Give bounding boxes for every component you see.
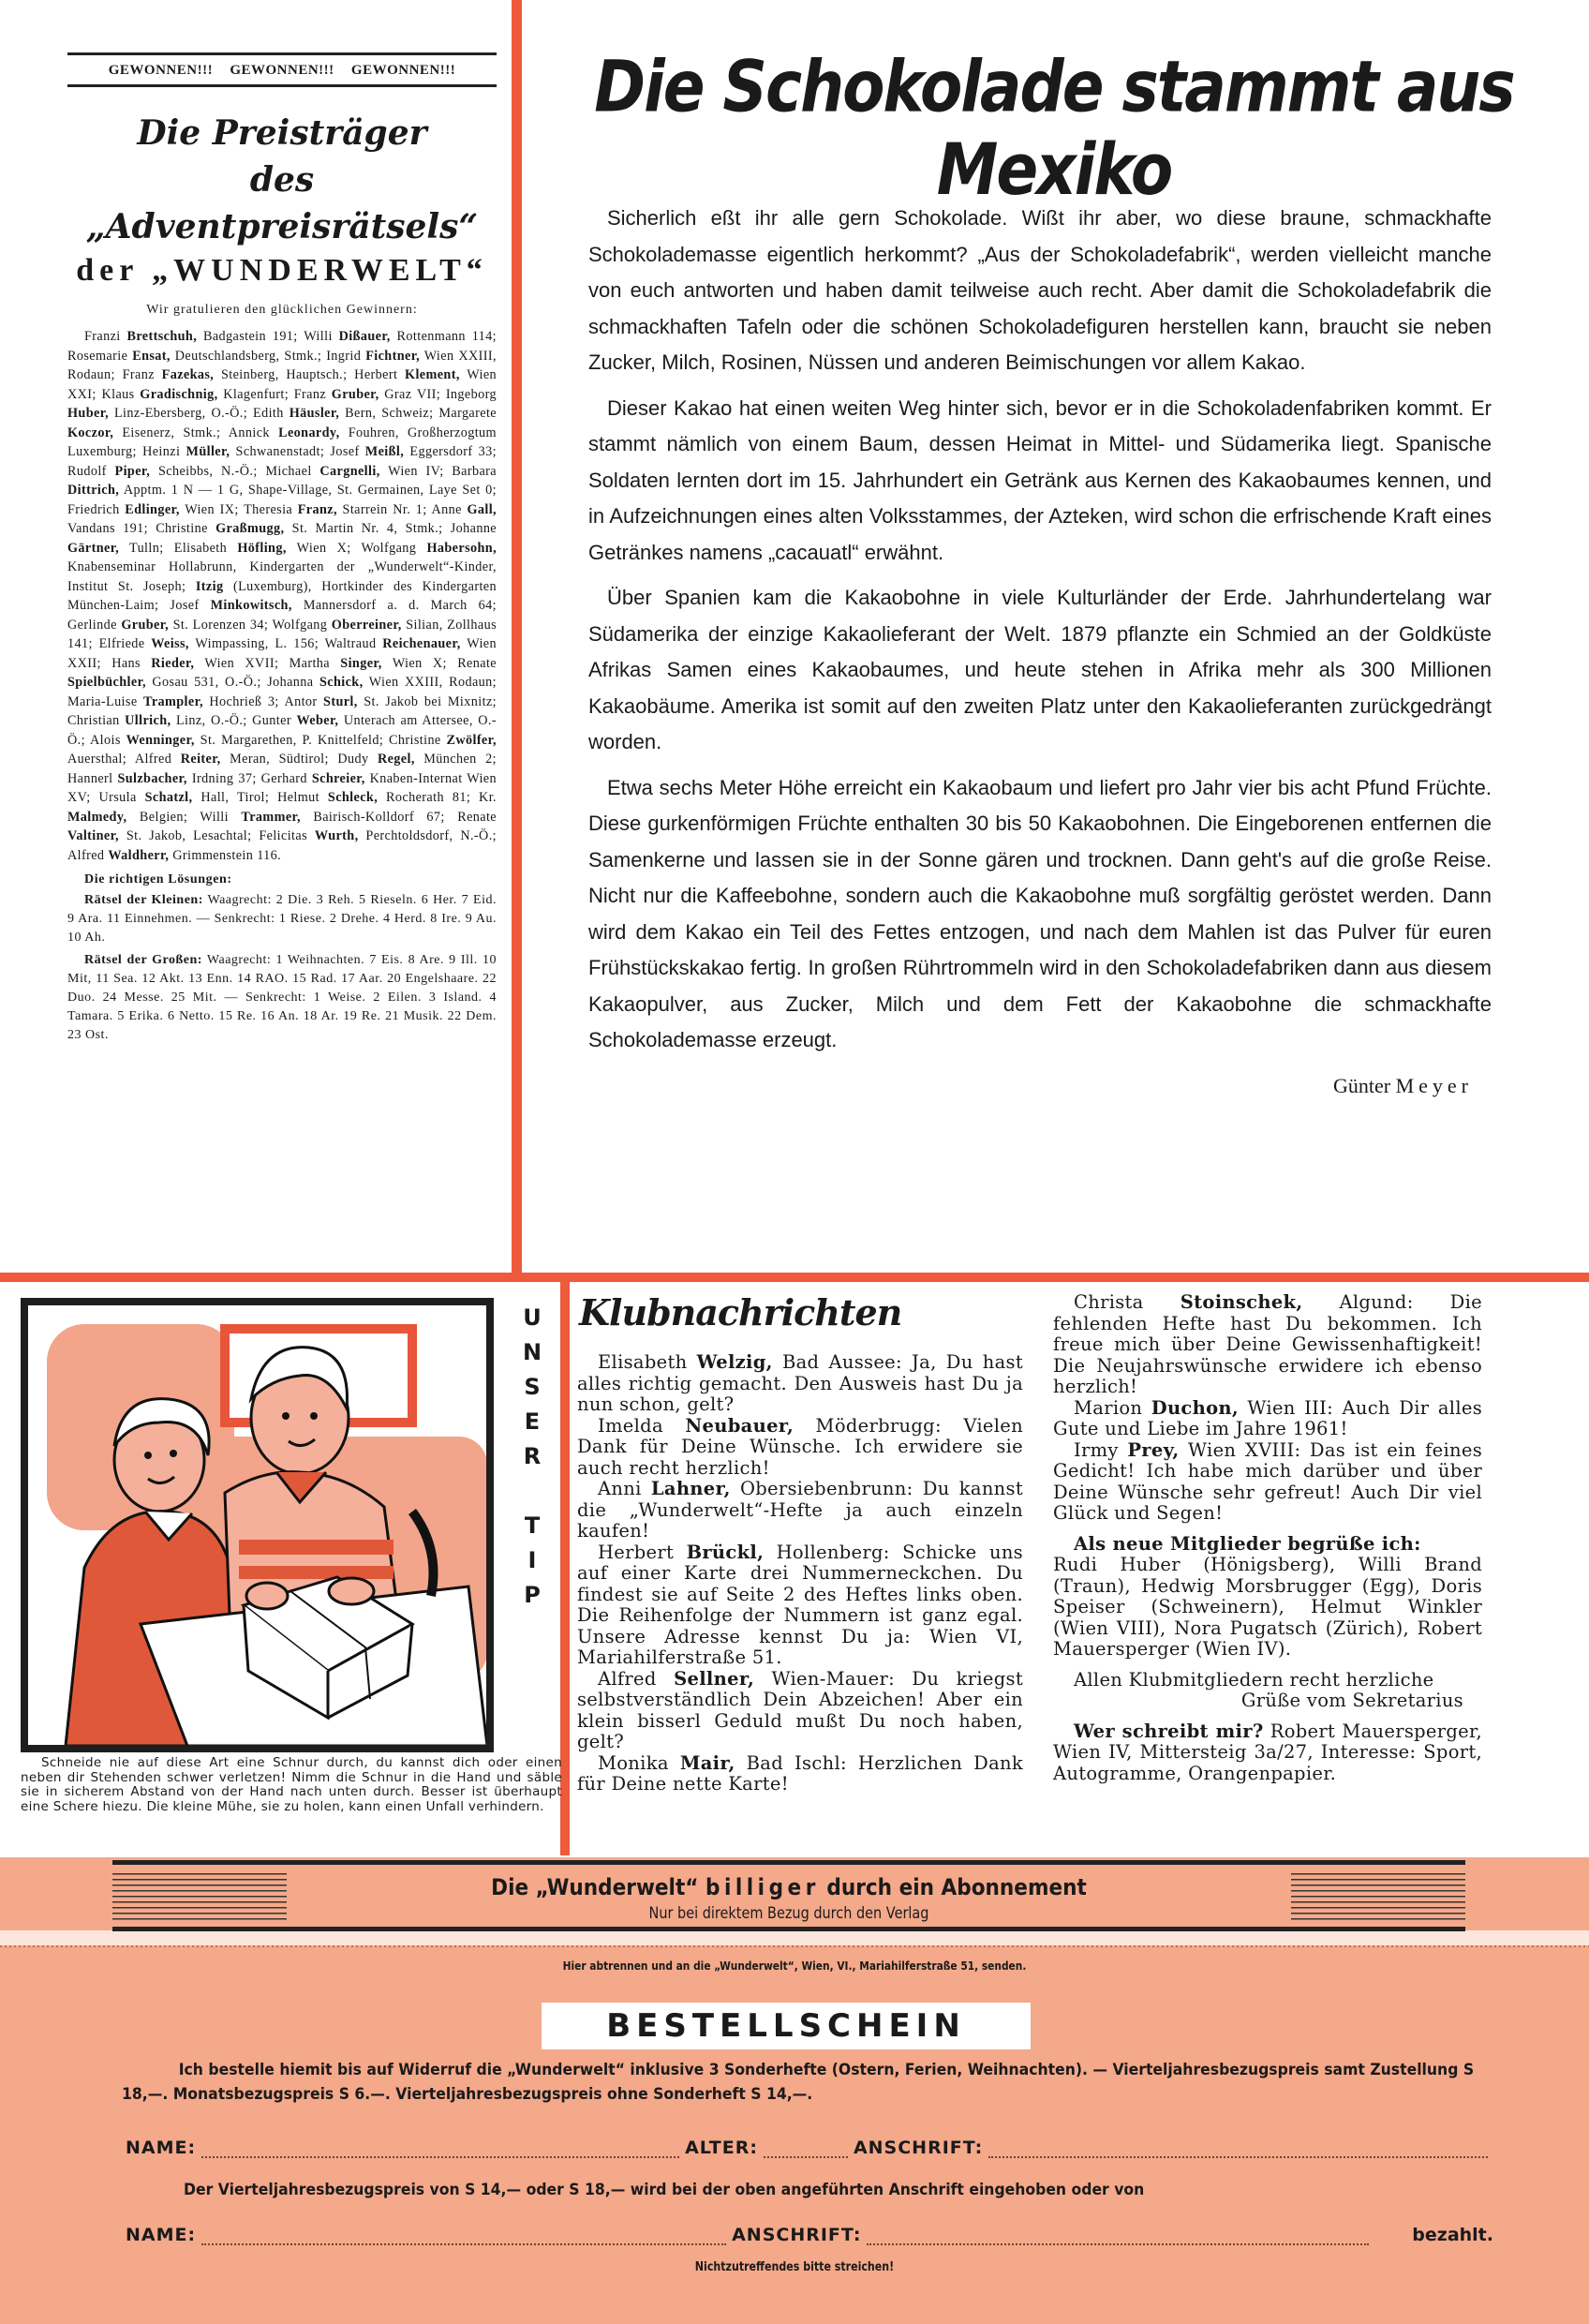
klub-column-2: Christa Stoinschek, Algund: Die fehlende… <box>1053 1292 1482 1784</box>
gewonnen-banner: GEWONNEN!!! GEWONNEN!!! GEWONNEN!!! <box>67 52 497 87</box>
tip-letter <box>513 1474 551 1509</box>
winner-entry: Hans Rieder, Wien XVII; <box>111 656 289 671</box>
address-label: ANSCHRIFT: <box>854 2138 983 2158</box>
greeting-line-1: Allen Klubmitgliedern recht herzliche <box>1053 1670 1482 1691</box>
winner-entry: Helmut Schleck, Rocherath 81; Kr. <box>277 790 497 805</box>
unser-tip-vertical-label: UNSER TIP <box>513 1301 551 1613</box>
winner-entry: Elfriede Weiss, Wimpassing, L. 156; <box>99 636 325 651</box>
solutions-heading: Die richtigen Lösungen: <box>67 872 497 887</box>
article-title: Die Schokolade stammt aus Mexiko <box>543 45 1565 211</box>
chocolate-article: Sicherlich eßt ihr alle gern Schokolade.… <box>588 201 1492 1104</box>
klub-message: Marion Duchon, Wien III: Auch Dir alles … <box>1053 1398 1482 1440</box>
tip-letter: N <box>513 1335 551 1370</box>
winners-list: Franzi Brettschuh, Badgastein 191; Willi… <box>67 327 497 865</box>
payment-text: Der Vierteljahresbezugspreis von S 14,— … <box>184 2181 1144 2199</box>
winner-entry: Alfred Reiter, Meran, Südtirol; <box>135 752 338 767</box>
article-paragraph: Etwa sechs Meter Höhe erreicht ein Kakao… <box>588 770 1492 1059</box>
winner-entry: Ursula Schatzl, Hall, Tirol; <box>98 790 277 805</box>
article-paragraph: Über Spanien kam die Kakaobohne in viele… <box>588 580 1492 761</box>
new-members-heading: Als neue Mitglieder begrüße ich: <box>1053 1534 1482 1556</box>
klub-message: Irmy Prey, Wien XVIII: Das ist ein feine… <box>1053 1440 1482 1525</box>
klub-message: Christa Stoinschek, Algund: Die fehlende… <box>1053 1292 1482 1398</box>
winner-entry: Josef Minkowitsch, Mannersdorf a. d. Mar… <box>170 598 497 613</box>
new-members-list: Rudi Huber (Hönigsberg), Willi Brand (Tr… <box>1053 1555 1482 1661</box>
order-form-title: BESTELLSCHEIN <box>542 2003 1031 2049</box>
winner-entry: Franz Fazekas, Steinberg, Hauptsch.; <box>123 367 355 382</box>
prize-title: Die Preisträger des „Adventpreisrätsels“ <box>67 110 497 250</box>
klub-title: Klubnachrichten <box>579 1291 901 1333</box>
payer-address-label: ANSCHRIFT: <box>732 2225 861 2245</box>
winner-entry: Alfred Waldherr, Grimmenstein 116. <box>67 848 281 863</box>
winner-entry: Rosemarie Ensat, Deutschlandsberg, Stmk.… <box>67 349 326 364</box>
payer-name-label: NAME: <box>126 2225 196 2245</box>
article-paragraph: Sicherlich eßt ihr alle gern Schokolade.… <box>588 201 1492 381</box>
winner-entry: Elisabeth Höfling, Wien X; <box>174 541 362 556</box>
name-label: NAME: <box>126 2138 196 2158</box>
name-field[interactable] <box>201 2143 679 2158</box>
perforation-cut-line[interactable] <box>0 1945 1589 1947</box>
article-paragraph: Dieser Kakao hat einen weiten Weg hinter… <box>588 391 1492 572</box>
klub-message: Herbert Brückl, Hollenberg: Schicke uns … <box>577 1542 1023 1669</box>
payer-name-field[interactable] <box>201 2230 726 2245</box>
winner-entry: Maria-Luise Trampler, Hochrieß 3; <box>67 694 284 709</box>
winner-entry: Felicitas Wurth, Perchtoldsdorf, N.-Ö.; <box>259 828 497 843</box>
pen-pal-notice: Wer schreibt mir? Robert Mauersperger, W… <box>1053 1721 1482 1785</box>
winner-entry: Christian Ullrich, Linz, O.-Ö.; <box>67 713 252 728</box>
klub-message: Imelda Neubauer, Möderbrugg: Vielen Dank… <box>577 1416 1023 1480</box>
order-text: Ich bestelle hiemit bis auf Widerruf die… <box>122 2058 1480 2107</box>
winner-entry: Martha Singer, Wien X; <box>290 656 458 671</box>
red-horizontal-divider <box>0 1273 1589 1282</box>
klub-column-1: Elisabeth Welzig, Bad Aussee: Ja, Du has… <box>577 1352 1023 1795</box>
prize-title-magazine: der „WUNDERWELT“ <box>67 250 497 291</box>
address-field[interactable] <box>988 2143 1488 2158</box>
paid-label: bezahlt. <box>1412 2225 1493 2245</box>
klub-message: Elisabeth Welzig, Bad Aussee: Ja, Du has… <box>577 1352 1023 1416</box>
winner-entry: Antor Sturl, St. Jakob bei Mixnitz; <box>284 694 497 709</box>
age-field[interactable] <box>764 2143 848 2158</box>
winner-entry: Malmedy, Belgien; <box>67 810 200 825</box>
strike-note: Nichtzutreffendes bitte streichen! <box>119 2260 1470 2274</box>
tip-illustration <box>21 1298 494 1752</box>
winner-entry: Willi Trammer, Bairisch-Kolldorf 67; <box>200 810 457 825</box>
payer-address-field[interactable] <box>867 2230 1369 2245</box>
klub-message: Alfred Sellner, Wien-Mauer: Du kriegst s… <box>577 1669 1023 1753</box>
prize-winners-section: GEWONNEN!!! GEWONNEN!!! GEWONNEN!!! Die … <box>67 52 497 1045</box>
order-form-row-2: NAME: ANSCHRIFT: bezahlt. <box>126 2225 1493 2245</box>
subscription-title: Die „Wunderwelt“ billiger durch ein Abon… <box>180 1874 1398 1900</box>
winner-entry: Rudolf Piper, Scheibbs, N.-Ö.; <box>67 464 265 479</box>
tip-letter: S <box>513 1370 551 1405</box>
cut-instruction: Hier abtrennen und an die „Wunderwelt“, … <box>119 1959 1470 1973</box>
winner-entry: Alois Wenninger, St. Margarethen, P. Kni… <box>90 733 389 748</box>
winner-entry: Dudy Regel, München 2; <box>337 752 497 767</box>
winner-entry: Hannerl Sulzbacher, Irdning 37; <box>67 771 261 786</box>
winner-entry: Theresia Franz, Starrein Nr. 1; <box>244 502 431 517</box>
winner-entry: Edith Häusler, Bern, Schweiz; <box>253 406 438 421</box>
winner-entry: Michael Cargnelli, Wien IV; <box>265 464 452 479</box>
tip-letter: R <box>513 1439 551 1474</box>
red-column-divider <box>512 0 522 1282</box>
solution-small: Rätsel der Kleinen: Waagrecht: 2 Die. 3 … <box>67 891 497 947</box>
winner-entry: Franzi Brettschuh, Badgastein 191; <box>84 329 304 344</box>
children-parcel-icon <box>28 1305 487 1746</box>
congrats-line: Wir gratulieren den glücklichen Gewinner… <box>67 303 497 318</box>
tip-letter: I <box>513 1543 551 1578</box>
winner-entry: Willi Dißauer, Rottenmann 114; <box>304 329 497 344</box>
winner-entry: Franz Gruber, Graz VII; <box>294 387 446 402</box>
winner-entry: Christine Graßmugg, St. Martin Nr. 4, St… <box>156 521 451 536</box>
tip-letter: U <box>513 1301 551 1335</box>
winner-entry: Gerlinde Gruber, St. Lorenzen 34; <box>67 618 272 633</box>
greeting-line-2: Grüße vom Sekretarius <box>1053 1691 1482 1712</box>
winner-entry: Josef Meißl, Eggersdorf 33; <box>330 444 497 459</box>
tip-caption: Schneide nie auf diese Art eine Schnur d… <box>21 1756 562 1814</box>
tip-letter: T <box>513 1509 551 1543</box>
tip-letter: E <box>513 1405 551 1439</box>
tip-letter: P <box>513 1578 551 1613</box>
subscription-subtitle: Nur bei direktem Bezug durch den Verlag <box>214 1904 1363 1923</box>
order-form-row-1: NAME: ALTER: ANSCHRIFT: <box>126 2138 1493 2158</box>
winner-entry: Heinzi Müller, Schwanenstadt; <box>142 444 330 459</box>
klub-message: Monika Mair, Bad Ischl: Herzlichen Dank … <box>577 1753 1023 1795</box>
winner-entry: Johanna Schick, Wien XXIII, Rodaun; <box>267 675 497 690</box>
article-author: Günter Meyer <box>588 1068 1492 1105</box>
solution-big: Rätsel der Großen: Waagrecht: 1 Weihnach… <box>67 951 497 1045</box>
klub-message: Anni Lahner, Obersiebenbrunn: Du kannst … <box>577 1479 1023 1542</box>
subscription-banner: Die „Wunderwelt“ billiger durch ein Abon… <box>112 1860 1465 1931</box>
age-label: ALTER: <box>685 2138 758 2158</box>
winner-entry: Klaus Gradischnig, Klagenfurt; <box>101 387 293 402</box>
winner-entry: Friedrich Edlinger, Wien IX; <box>67 502 244 517</box>
